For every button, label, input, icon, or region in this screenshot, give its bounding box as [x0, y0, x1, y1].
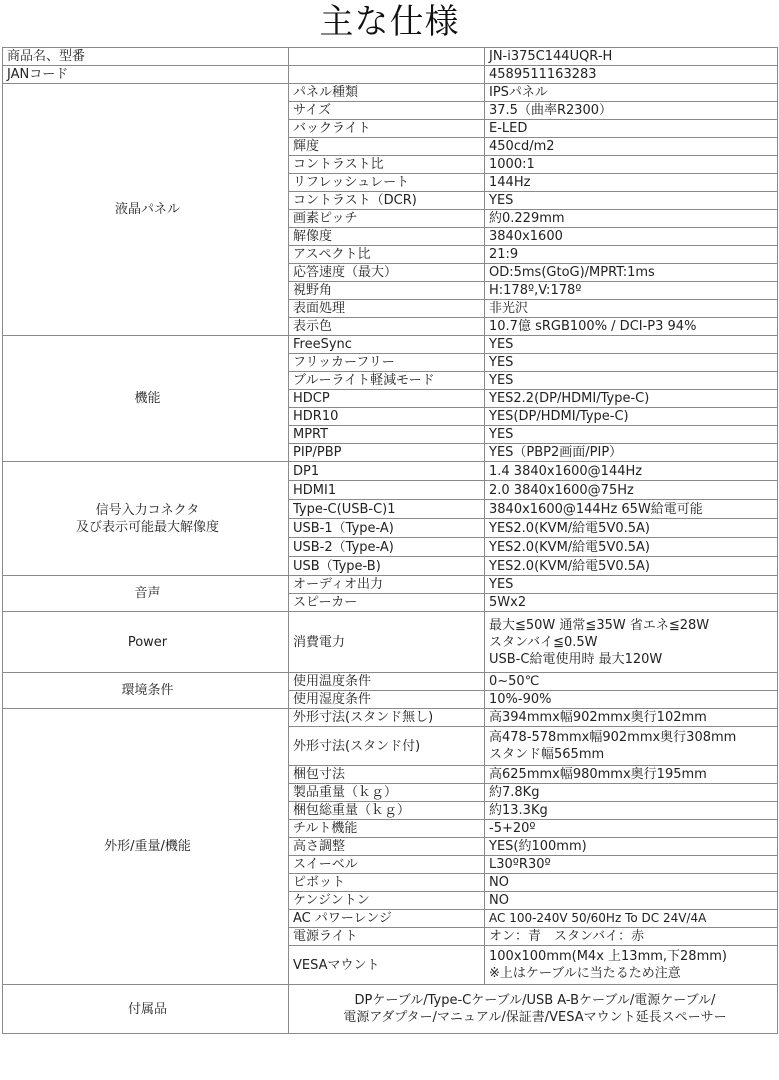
- spec-key: チルト機能: [289, 820, 485, 838]
- spec-key: スピーカー: [289, 594, 485, 612]
- group-label-environment: 環境条件: [3, 673, 289, 709]
- spec-key: DP1: [289, 462, 485, 481]
- spec-key: フリッカーフリー: [289, 354, 485, 372]
- spec-key: HDMI1: [289, 481, 485, 500]
- spec-value: OD:5ms(GtoG)/MPRT:1ms: [485, 264, 778, 282]
- spec-key: HDCP: [289, 390, 485, 408]
- spec-value: 高625mmx幅980mmx奥行195mm: [485, 766, 778, 784]
- spec-key: コントラスト比: [289, 156, 485, 174]
- table-row: 液晶パネル パネル種類 IPSパネル: [3, 84, 778, 102]
- value-line: USB-C給電使用時 最大120W: [489, 651, 777, 668]
- table-row: JANコード 4589511163283: [3, 66, 778, 84]
- spec-value: 5Wx2: [485, 594, 778, 612]
- spec-value: L30ºR30º: [485, 856, 778, 874]
- spec-key: FreeSync: [289, 336, 485, 354]
- spec-key: ブルーライト軽減モード: [289, 372, 485, 390]
- group-label-input-connectors: 信号入力コネクタ 及び表示可能最大解像度: [3, 462, 289, 576]
- spec-key: MPRT: [289, 426, 485, 444]
- spec-value: 10.7億 sRGB100% / DCI-P3 94%: [485, 318, 778, 336]
- spec-key: VESAマウント: [289, 946, 485, 985]
- spec-key: 視野角: [289, 282, 485, 300]
- spec-key: バックライト: [289, 120, 485, 138]
- spec-value: 2.0 3840x1600@75Hz: [485, 481, 778, 500]
- spec-value: H:178º,V:178º: [485, 282, 778, 300]
- spec-value: YES: [485, 354, 778, 372]
- spec-key: USB（Type-B): [289, 557, 485, 576]
- spec-value: NO: [485, 892, 778, 910]
- spec-key: サイズ: [289, 102, 485, 120]
- spec-value: 37.5（曲率R2300）: [485, 102, 778, 120]
- spec-value: 約7.8Kg: [485, 784, 778, 802]
- spec-value: YES2.0(KVM/給電5V0.5A): [485, 519, 778, 538]
- spec-value: 10%-90%: [485, 691, 778, 709]
- spec-key: 外形寸法(スタンド付): [289, 727, 485, 766]
- spec-value: -5+20º: [485, 820, 778, 838]
- spec-key: 梱包総重量（ｋｇ）: [289, 802, 485, 820]
- group-label-line: 信号入力コネクタ: [7, 502, 288, 519]
- table-row: 商品名、型番 JN-i375C144UQR-H: [3, 48, 778, 66]
- spec-value: 1000:1: [485, 156, 778, 174]
- spec-table: 商品名、型番 JN-i375C144UQR-H JANコード 458951116…: [2, 47, 778, 1034]
- spec-key: 製品重量（ｋｇ）: [289, 784, 485, 802]
- spec-value: 最大≦50W 通常≦35W 省エネ≦28W スタンバイ≦0.5W USB-C給電…: [485, 612, 778, 673]
- spec-value: 約13.3Kg: [485, 802, 778, 820]
- spec-value: YES: [485, 336, 778, 354]
- spec-key: 応答速度（最大）: [289, 264, 485, 282]
- spec-value: YES2.0(KVM/給電5V0.5A): [485, 538, 778, 557]
- row-value: 4589511163283: [485, 66, 778, 84]
- value-line: 最大≦50W 通常≦35W 省エネ≦28W: [489, 617, 777, 634]
- table-row: 付属品 DPケーブル/Type-Cケーブル/USB A-Bケーブル/電源ケーブル…: [3, 985, 778, 1034]
- value-line: ※上はケーブルに当たるため注意: [489, 965, 777, 982]
- spec-value: 高478-578mmx幅902mmx奥行308mm スタンド幅565mm: [485, 727, 778, 766]
- accessories-list: DPケーブル/Type-Cケーブル/USB A-Bケーブル/電源ケーブル/ 電源…: [289, 985, 778, 1034]
- table-row: Power 消費電力 最大≦50W 通常≦35W 省エネ≦28W スタンバイ≦0…: [3, 612, 778, 673]
- spec-key: 高さ調整: [289, 838, 485, 856]
- spec-value: 100x100mm(M4x 上13mm,下28mm) ※上はケーブルに当たるため…: [485, 946, 778, 985]
- spec-value: 21:9: [485, 246, 778, 264]
- table-row: 外形/重量/機能 外形寸法(スタンド無し) 高394mmx幅902mmx奥行10…: [3, 709, 778, 727]
- spec-key: パネル種類: [289, 84, 485, 102]
- spec-value: 1.4 3840x1600@144Hz: [485, 462, 778, 481]
- spec-key: 消費電力: [289, 612, 485, 673]
- spec-key: 電源ライト: [289, 928, 485, 946]
- spec-value: IPSパネル: [485, 84, 778, 102]
- group-label-dimensions: 外形/重量/機能: [3, 709, 289, 985]
- spec-key: 輝度: [289, 138, 485, 156]
- spec-key: AC パワーレンジ: [289, 910, 485, 928]
- spec-key: 外形寸法(スタンド無し): [289, 709, 485, 727]
- spec-key: 使用湿度条件: [289, 691, 485, 709]
- value-line: 高478-578mmx幅902mmx奥行308mm: [489, 729, 777, 746]
- spec-value: YES2.0(KVM/給電5V0.5A): [485, 557, 778, 576]
- spec-key: USB-1（Type-A): [289, 519, 485, 538]
- spec-key: スイーベル: [289, 856, 485, 874]
- spec-key: 表示色: [289, 318, 485, 336]
- accessories-line: 電源アダプター/マニュアル/保証書/VESAマウント延長スペーサー: [293, 1009, 777, 1026]
- value-line: 100x100mm(M4x 上13mm,下28mm): [489, 948, 777, 965]
- spec-key: コントラスト（DCR): [289, 192, 485, 210]
- empty-cell: [289, 66, 485, 84]
- table-row: 信号入力コネクタ 及び表示可能最大解像度 DP1 1.4 3840x1600@1…: [3, 462, 778, 481]
- spec-value: 高394mmx幅902mmx奥行102mm: [485, 709, 778, 727]
- spec-key: オーディオ出力: [289, 576, 485, 594]
- table-row: 音声 オーディオ出力 YES: [3, 576, 778, 594]
- group-label-lcd-panel: 液晶パネル: [3, 84, 289, 336]
- row-label: 商品名、型番: [3, 48, 289, 66]
- spec-value: 0~50℃: [485, 673, 778, 691]
- group-label-power: Power: [3, 612, 289, 673]
- spec-value: YES: [485, 426, 778, 444]
- spec-key: ケンジントン: [289, 892, 485, 910]
- spec-value: YES2.2(DP/HDMI/Type-C): [485, 390, 778, 408]
- group-label-audio: 音声: [3, 576, 289, 612]
- accessories-line: DPケーブル/Type-Cケーブル/USB A-Bケーブル/電源ケーブル/: [293, 992, 777, 1009]
- spec-value: NO: [485, 874, 778, 892]
- spec-value: YES: [485, 372, 778, 390]
- spec-key: HDR10: [289, 408, 485, 426]
- page-title: 主な仕様: [0, 2, 779, 42]
- spec-value: 非光沢: [485, 300, 778, 318]
- row-value: JN-i375C144UQR-H: [485, 48, 778, 66]
- spec-key: アスペクト比: [289, 246, 485, 264]
- spec-value: 450cd/m2: [485, 138, 778, 156]
- spec-value: 3840x1600@144Hz 65W給電可能: [485, 500, 778, 519]
- spec-value: YES(約100mm): [485, 838, 778, 856]
- group-label-features: 機能: [3, 336, 289, 462]
- row-label: JANコード: [3, 66, 289, 84]
- spec-key: 解像度: [289, 228, 485, 246]
- table-row: 機能 FreeSync YES: [3, 336, 778, 354]
- spec-key: USB-2（Type-A): [289, 538, 485, 557]
- spec-value: オン：青 スタンバイ：赤: [485, 928, 778, 946]
- spec-key: 梱包寸法: [289, 766, 485, 784]
- value-line: スタンバイ≦0.5W: [489, 634, 777, 651]
- value-line: スタンド幅565mm: [489, 746, 777, 763]
- spec-value: YES: [485, 576, 778, 594]
- spec-key: ピボット: [289, 874, 485, 892]
- group-label-line: 及び表示可能最大解像度: [7, 519, 288, 536]
- spec-key: 使用温度条件: [289, 673, 485, 691]
- spec-value: 144Hz: [485, 174, 778, 192]
- spec-key: PIP/PBP: [289, 444, 485, 462]
- spec-key: 画素ピッチ: [289, 210, 485, 228]
- spec-key: リフレッシュレート: [289, 174, 485, 192]
- spec-value: YES(DP/HDMI/Type-C): [485, 408, 778, 426]
- spec-key: Type-C(USB-C)1: [289, 500, 485, 519]
- spec-value: AC 100-240V 50/60Hz To DC 24V/4A: [485, 910, 778, 928]
- spec-key: 表面処理: [289, 300, 485, 318]
- group-label-accessories: 付属品: [3, 985, 289, 1034]
- empty-cell: [289, 48, 485, 66]
- spec-value: YES: [485, 192, 778, 210]
- spec-value: YES（PBP2画面/PIP）: [485, 444, 778, 462]
- spec-value: 約0.229mm: [485, 210, 778, 228]
- table-row: 環境条件 使用温度条件 0~50℃: [3, 673, 778, 691]
- spec-value: E-LED: [485, 120, 778, 138]
- spec-value: 3840x1600: [485, 228, 778, 246]
